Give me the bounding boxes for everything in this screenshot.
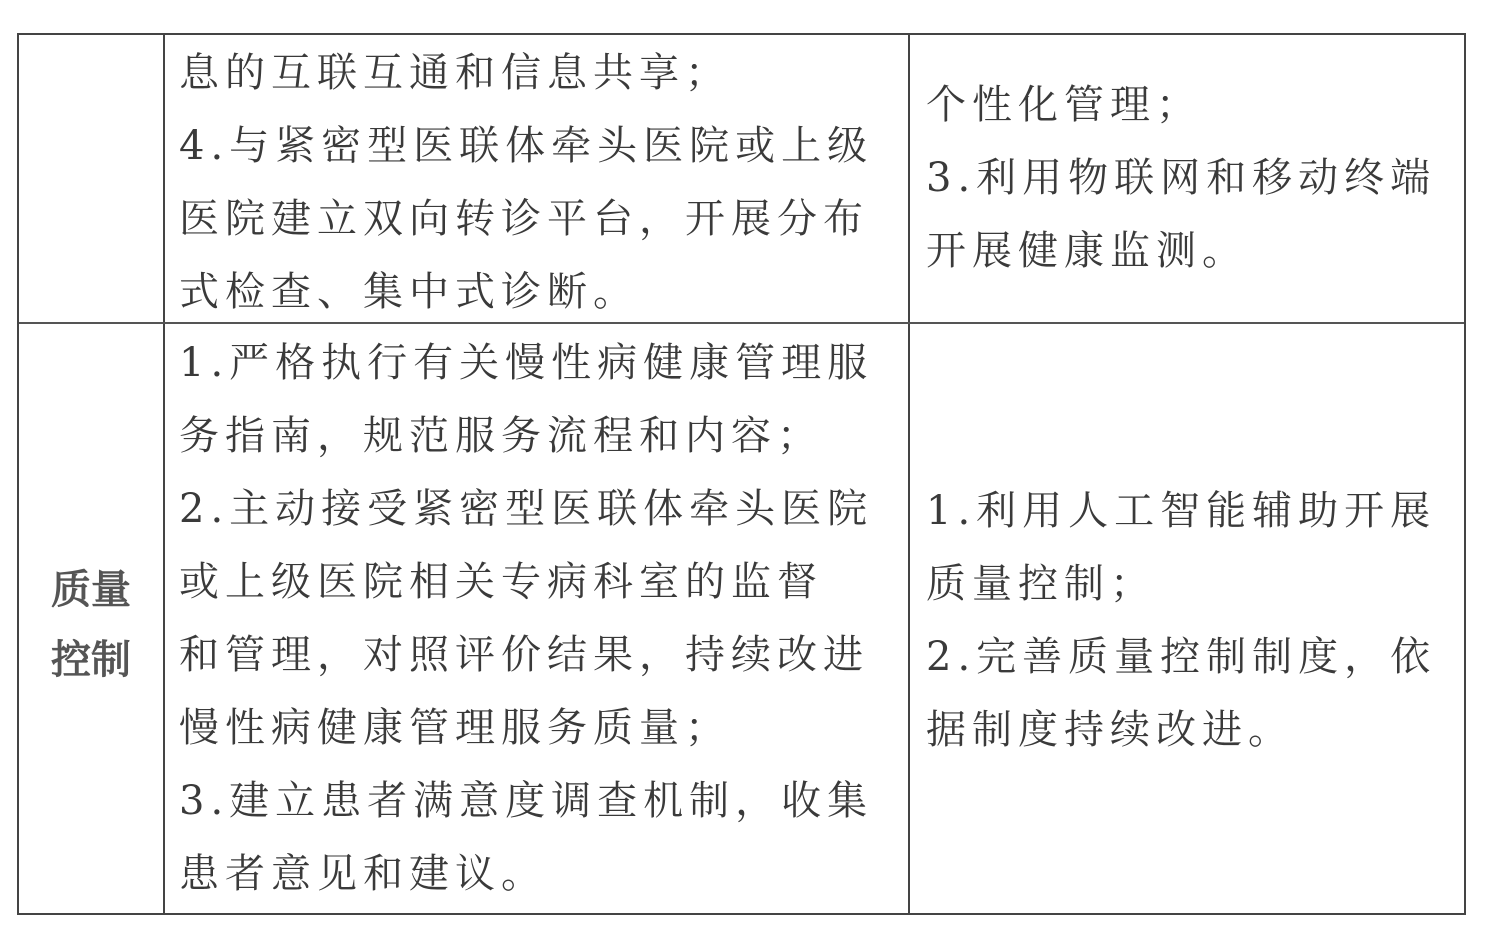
text-line: 式检查、集中式诊断。 xyxy=(179,256,904,329)
text-line: 或上级医院相关专病科室的监督 xyxy=(179,546,904,619)
row1-col2-cell: 个性化管理； 3.利用物联网和移动终端 开展健康监测。 xyxy=(926,69,1461,288)
text-line: 息的互联互通和信息共享； xyxy=(179,37,904,110)
text-line: 医院建立双向转诊平台，开展分布 xyxy=(179,183,904,256)
text-line: 4.与紧密型医联体牵头医院或上级 xyxy=(179,110,904,183)
row2-label-cell: 质量 控制 xyxy=(19,555,163,695)
row1-label-cell xyxy=(19,35,163,322)
text-line: 和管理，对照评价结果，持续改进 xyxy=(179,619,904,692)
row-label: 控制 xyxy=(19,625,163,695)
row2-col1-cell: 1.严格执行有关慢性病健康管理服 务指南，规范服务流程和内容； 2.主动接受紧密… xyxy=(179,327,904,911)
text-line: 慢性病健康管理服务质量； xyxy=(179,692,904,765)
text-line: 据制度持续改进。 xyxy=(926,694,1461,767)
text-line: 2.完善质量控制制度，依 xyxy=(926,621,1461,694)
text-line: 个性化管理； xyxy=(926,69,1461,142)
row2-col2-cell: 1.利用人工智能辅助开展 质量控制； 2.完善质量控制制度，依 据制度持续改进。 xyxy=(926,475,1461,767)
column-divider-2 xyxy=(908,35,910,913)
text-line: 开展健康监测。 xyxy=(926,215,1461,288)
column-divider-1 xyxy=(163,35,165,913)
text-line: 2.主动接受紧密型医联体牵头医院 xyxy=(179,473,904,546)
row-label: 质量 xyxy=(19,555,163,625)
text-line: 1.严格执行有关慢性病健康管理服 xyxy=(179,327,904,400)
text-line: 3.利用物联网和移动终端 xyxy=(926,142,1461,215)
text-line: 质量控制； xyxy=(926,548,1461,621)
text-line: 1.利用人工智能辅助开展 xyxy=(926,475,1461,548)
text-line: 患者意见和建议。 xyxy=(179,838,904,911)
text-line: 务指南，规范服务流程和内容； xyxy=(179,400,904,473)
content-table: 息的互联互通和信息共享； 4.与紧密型医联体牵头医院或上级 医院建立双向转诊平台… xyxy=(17,33,1466,915)
text-line: 3.建立患者满意度调查机制，收集 xyxy=(179,765,904,838)
row1-col1-cell: 息的互联互通和信息共享； 4.与紧密型医联体牵头医院或上级 医院建立双向转诊平台… xyxy=(179,37,904,329)
